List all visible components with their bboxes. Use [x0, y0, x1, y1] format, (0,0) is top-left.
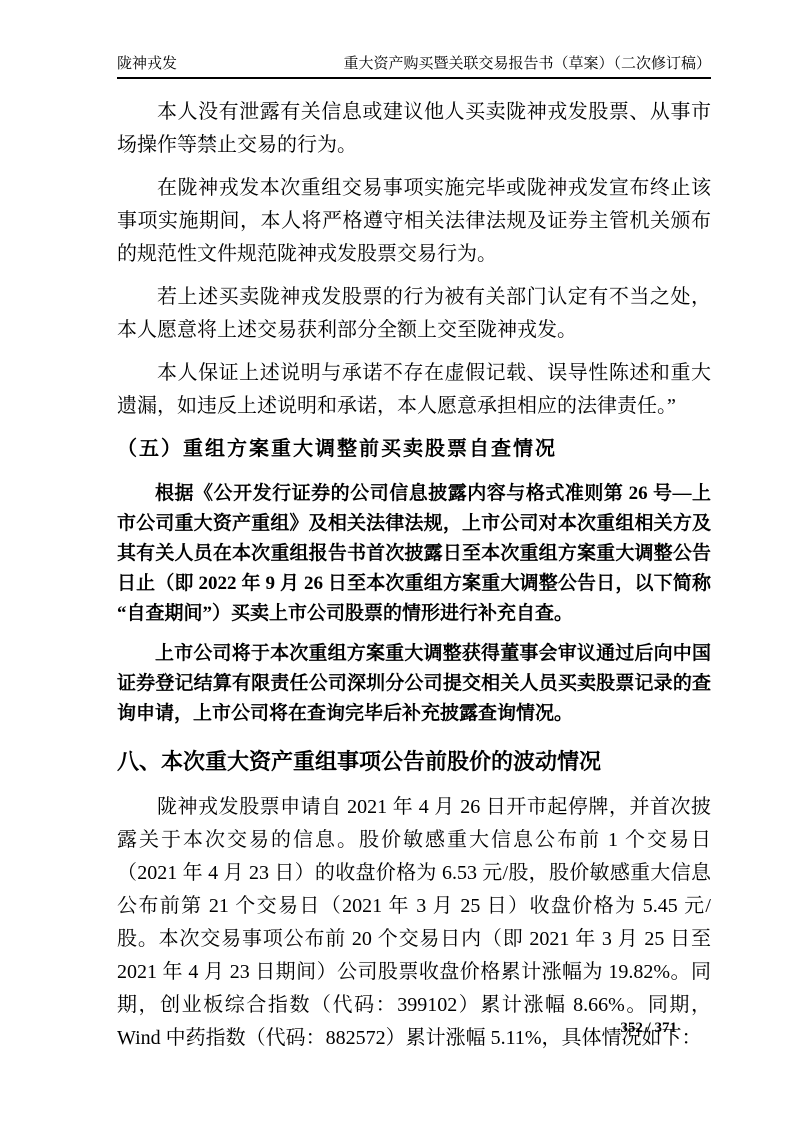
header-company-name: 陇神戎发 [117, 55, 177, 74]
body-paragraph: 陇神戎发股票申请自 2021 年 4 月 26 日开市起停牌，并首次披露关于本次… [117, 791, 711, 1055]
page-header: 陇神戎发 重大资产购买暨关联交易报告书（草案）（二次修订稿） [117, 0, 711, 79]
header-report-title: 重大资产购买暨关联交易报告书（草案）（二次修订稿） [343, 55, 711, 74]
page-footer: 352 / 371 [117, 1020, 677, 1037]
section-heading: （五）重组方案重大调整前买卖股票自查情况 [117, 435, 711, 463]
body-paragraph: 在陇神戎发本次重组交易事项实施完毕或陇神戎发宣布终止该事项实施期间，本人将严格遵… [117, 172, 711, 271]
body-paragraph: 若上述买卖陇神戎发股票的行为被有关部门认定有不当之处，本人愿意将上述交易获利部分… [117, 281, 711, 347]
body-paragraph: 本人保证上述说明与承诺不存在虚假记载、误导性陈述和重大遗漏，如违反上述说明和承诺… [117, 357, 711, 423]
body-paragraph-emphasis: 根据《公开发行证券的公司信息披露内容与格式准则第 26 号—上市公司重大资产重组… [117, 479, 711, 629]
page-number: 352 / 371 [620, 1020, 677, 1036]
chapter-heading: 八、本次重大资产重组事项公告前股价的波动情况 [117, 747, 711, 777]
body-paragraph-emphasis: 上市公司将于本次重组方案重大调整获得董事会审议通过后向中国证券登记结算有限责任公… [117, 639, 711, 729]
document-body: 本人没有泄露有关信息或建议他人买卖陇神戎发股票、从事市场操作等禁止交易的行为。 … [117, 96, 711, 1065]
body-paragraph: 本人没有泄露有关信息或建议他人买卖陇神戎发股票、从事市场操作等禁止交易的行为。 [117, 96, 711, 162]
document-page: 陇神戎发 重大资产购买暨关联交易报告书（草案）（二次修订稿） 本人没有泄露有关信… [0, 0, 793, 1122]
